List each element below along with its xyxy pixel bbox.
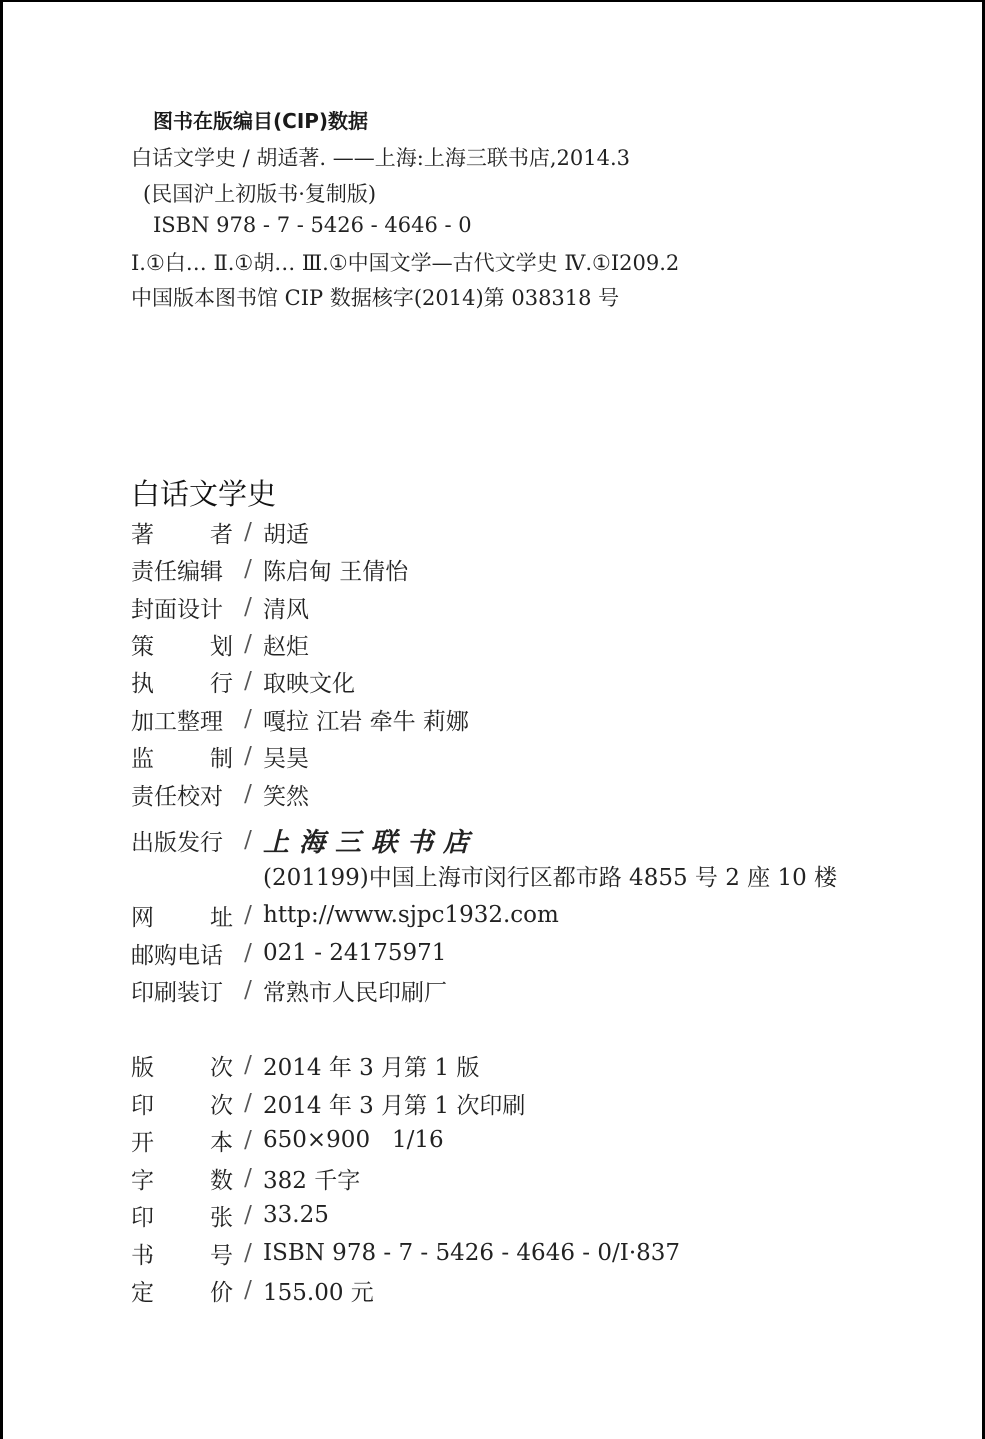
cip-line-record-number: 中国版本图书馆 CIP 数据核字(2014)第 038318 号 xyxy=(131,282,619,312)
cip-line-isbn: ISBN 978 - 7 - 5426 - 4646 - 0 xyxy=(153,213,472,237)
contact-row-website: 网址 / http://www.sjpc1932.com xyxy=(131,899,559,931)
copyright-page: 图书在版编目(CIP)数据 白话文学史 / 胡适著. ——上海:上海三联书店,2… xyxy=(0,0,985,1439)
spec-row-printing: 印次 / 2014 年 3 月第 1 次印刷 xyxy=(131,1087,525,1119)
spec-row-word-count: 字数 / 382 千字 xyxy=(131,1162,360,1194)
author-value: 胡适 xyxy=(263,516,309,549)
website-link: http://www.sjpc1932.com xyxy=(263,902,559,928)
credit-row-author: 著者 / 胡适 xyxy=(131,516,309,548)
contact-row-phone: 邮购电话 / 021 - 24175971 xyxy=(131,937,446,969)
publisher-address: (201199)中国上海市闵行区都市路 4855 号 2 座 10 楼 xyxy=(263,859,837,892)
spec-row-edition: 版次 / 2014 年 3 月第 1 版 xyxy=(131,1049,479,1081)
spec-row-price: 定价 / 155.00 元 xyxy=(131,1274,374,1306)
cip-line-title: 白话文学史 / 胡适著. ——上海:上海三联书店,2014.3 xyxy=(131,142,630,172)
credit-row-editor: 责任编辑 / 陈启甸 王倩怡 xyxy=(131,553,408,585)
spec-row-format: 开本 / 650×900 1/16 xyxy=(131,1124,444,1156)
publisher-row: 出版发行 / 上海三联书店 xyxy=(131,824,479,856)
cip-line-series: (民国沪上初版书·复制版) xyxy=(143,178,376,208)
credit-row-planning: 策划 / 赵炬 xyxy=(131,628,309,660)
credit-row-cover-design: 封面设计 / 清风 xyxy=(131,591,309,623)
spec-row-isbn: 书号 / ISBN 978 - 7 - 5426 - 4646 - 0/I·83… xyxy=(131,1237,680,1269)
book-title: 白话文学史 xyxy=(131,472,276,513)
credit-row-processing: 加工整理 / 嘎拉 江岩 牵牛 莉娜 xyxy=(131,703,469,735)
spec-row-sheets: 印张 / 33.25 xyxy=(131,1199,329,1231)
contact-row-printer: 印刷装订 / 常熟市人民印刷厂 xyxy=(131,974,447,1006)
credit-row-proofreading: 责任校对 / 笑然 xyxy=(131,778,309,810)
cip-line-classification: Ⅰ.①白… Ⅱ.①胡… Ⅲ.①中国文学—古代文学史 Ⅳ.①I209.2 xyxy=(131,247,679,277)
credit-row-supervision: 监制 / 吴昊 xyxy=(131,740,309,772)
credit-row-execution: 执行 / 取映文化 xyxy=(131,665,355,697)
publisher-logo-script: 上海三联书店 xyxy=(263,822,479,859)
cip-heading: 图书在版编目(CIP)数据 xyxy=(153,105,368,134)
